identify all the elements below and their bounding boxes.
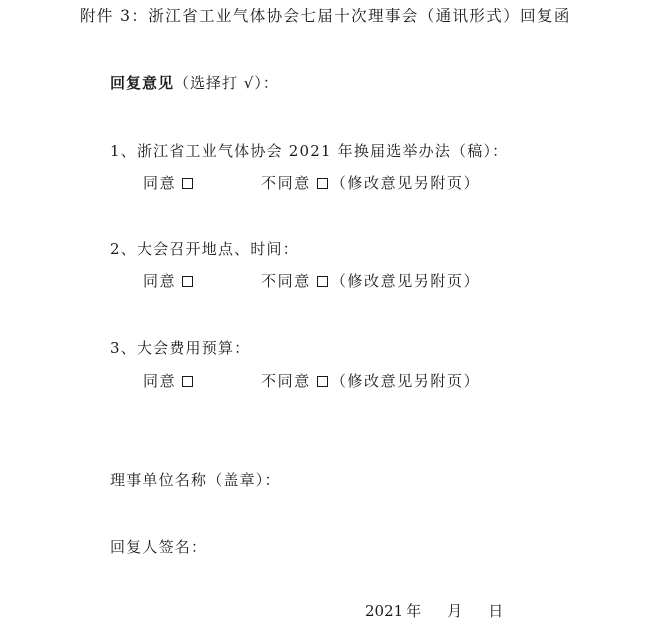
disagree-label: 不同意 bbox=[261, 372, 311, 390]
reply-heading-instruction: （选择打 √）： bbox=[174, 74, 279, 92]
reply-heading: 回复意见（选择打 √）： bbox=[110, 76, 279, 91]
disagree-option[interactable]: 不同意（修改意见另附页） bbox=[261, 374, 480, 389]
disagree-option[interactable]: 不同意（修改意见另附页） bbox=[261, 274, 480, 289]
disagree-label: 不同意 bbox=[261, 272, 311, 290]
disagree-note: （修改意见另附页） bbox=[331, 174, 480, 192]
reply-heading-label: 回复意见 bbox=[110, 74, 174, 92]
agree-checkbox[interactable] bbox=[182, 376, 193, 387]
unit-name-label: 理事单位名称（盖章）： bbox=[110, 473, 281, 488]
question-2-label: 2、大会召开地点、时间： bbox=[110, 242, 299, 257]
disagree-note: （修改意见另附页） bbox=[331, 272, 480, 290]
date-year-unit: 年 bbox=[406, 604, 421, 619]
agree-checkbox[interactable] bbox=[182, 178, 193, 189]
agree-label: 同意 bbox=[143, 272, 176, 290]
agree-option[interactable]: 同意 bbox=[143, 274, 196, 289]
agree-option[interactable]: 同意 bbox=[143, 374, 196, 389]
disagree-note: （修改意见另附页） bbox=[331, 372, 480, 390]
disagree-checkbox[interactable] bbox=[317, 178, 328, 189]
date-line: 2021年月日 bbox=[365, 604, 503, 619]
date-month-unit: 月 bbox=[447, 604, 462, 619]
disagree-checkbox[interactable] bbox=[317, 276, 328, 287]
agree-option[interactable]: 同意 bbox=[143, 176, 196, 191]
disagree-option[interactable]: 不同意（修改意见另附页） bbox=[261, 176, 480, 191]
agree-label: 同意 bbox=[143, 372, 176, 390]
agree-label: 同意 bbox=[143, 174, 176, 192]
question-3-label: 3、大会费用预算： bbox=[110, 341, 250, 356]
document-title: 附件 3：浙江省工业气体协会七届十次理事会（通讯形式）回复函 bbox=[80, 9, 571, 25]
date-year: 2021 bbox=[365, 604, 403, 619]
signature-label: 回复人签名： bbox=[110, 540, 207, 555]
disagree-label: 不同意 bbox=[261, 174, 311, 192]
date-day-unit: 日 bbox=[488, 604, 503, 619]
question-1-label: 1、浙江省工业气体协会 2021 年换届选举办法（稿）： bbox=[110, 144, 508, 159]
agree-checkbox[interactable] bbox=[182, 276, 193, 287]
disagree-checkbox[interactable] bbox=[317, 376, 328, 387]
